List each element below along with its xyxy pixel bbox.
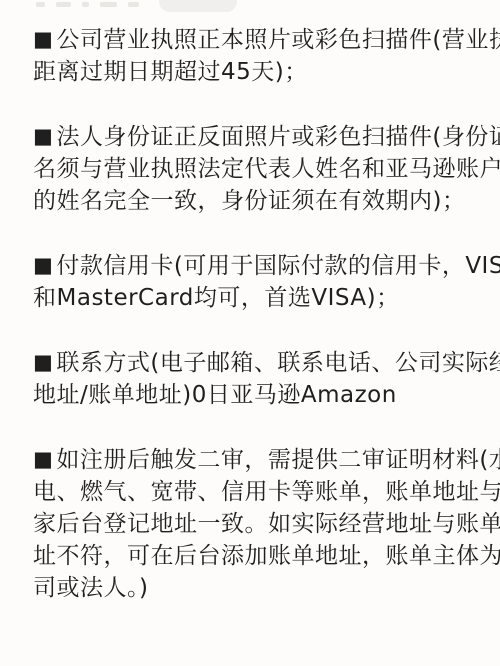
line-text: 的姓名完全一致，身份证须在有效期内)； xyxy=(33,188,465,214)
requirement-item: ■如注册后触发二审，需提供二审证明材料(水、电、燃气、宽带、信用卡等账单，账单地… xyxy=(33,444,478,604)
bullet-square-icon: ■ xyxy=(33,443,53,475)
bullet-square-icon: ■ xyxy=(33,120,53,152)
requirement-item: ■付款信用卡(可用于国际付款的信用卡，VISA和MasterCard均可，首选V… xyxy=(33,250,478,314)
text-line: ■法人身份证正反面照片或彩色扫描件(身份证姓 xyxy=(33,121,478,153)
text-line: 电、燃气、宽带、信用卡等账单，账单地址与卖 xyxy=(33,476,478,508)
text-line: 家后台登记地址一致。如实际经营地址与账单地 xyxy=(33,508,478,540)
text-line: ■如注册后触发二审，需提供二审证明材料(水、 xyxy=(33,444,478,476)
line-text: 司或法人。) xyxy=(33,575,148,601)
line-text: 如注册后触发二审，需提供二审证明材料(水、 xyxy=(56,447,500,473)
text-line: ■付款信用卡(可用于国际付款的信用卡，VISA xyxy=(33,250,478,282)
text-line: 司或法人。) xyxy=(33,572,478,604)
text-line: 址不符，可在后台添加账单地址，账单主体为公 xyxy=(33,540,478,572)
text-line: 地址/账单地址)0日亚马逊Amazon xyxy=(33,379,478,411)
text-line: ■公司营业执照正本照片或彩色扫描件(营业执照 xyxy=(33,24,478,56)
requirement-item: ■公司营业执照正本照片或彩色扫描件(营业执照距离过期日期超过45天)； xyxy=(33,24,478,88)
line-text: 联系方式(电子邮箱、联系电话、公司实际经营 xyxy=(56,350,500,376)
cropped-highlight-pill xyxy=(159,0,237,12)
line-text: 家后台登记地址一致。如实际经营地址与账单地 xyxy=(33,511,500,537)
cropped-previous-row xyxy=(0,0,500,14)
text-line: 距离过期日期超过45天)； xyxy=(33,56,478,88)
line-text: 付款信用卡(可用于国际付款的信用卡，VISA xyxy=(56,253,500,279)
bullet-square-icon: ■ xyxy=(33,346,53,378)
line-text: 电、燃气、宽带、信用卡等账单，账单地址与卖 xyxy=(33,479,500,505)
note-page: ■公司营业执照正本照片或彩色扫描件(营业执照距离过期日期超过45天)；■法人身份… xyxy=(0,0,500,666)
line-text: 距离过期日期超过45天)； xyxy=(33,59,308,85)
bullet-square-icon: ■ xyxy=(33,23,53,55)
bullet-square-icon: ■ xyxy=(33,249,53,281)
line-text: 名须与营业执照法定代表人姓名和亚马逊账户.上 xyxy=(33,156,500,182)
text-line: 的姓名完全一致，身份证须在有效期内)； xyxy=(33,185,478,217)
text-line: 名须与营业执照法定代表人姓名和亚马逊账户.上 xyxy=(33,153,478,185)
text-line: ■联系方式(电子邮箱、联系电话、公司实际经营 xyxy=(33,347,478,379)
line-text: 地址/账单地址)0日亚马逊Amazon xyxy=(33,382,397,408)
requirement-item: ■法人身份证正反面照片或彩色扫描件(身份证姓名须与营业执照法定代表人姓名和亚马逊… xyxy=(33,121,478,217)
requirement-item: ■联系方式(电子邮箱、联系电话、公司实际经营地址/账单地址)0日亚马逊Amazo… xyxy=(33,347,478,411)
cropped-text-fragments xyxy=(36,2,139,7)
line-text: 公司营业执照正本照片或彩色扫描件(营业执照 xyxy=(56,27,500,53)
line-text: 和MasterCard均可，首选VISA)； xyxy=(33,285,400,311)
line-text: 址不符，可在后台添加账单地址，账单主体为公 xyxy=(33,543,500,569)
line-text: 法人身份证正反面照片或彩色扫描件(身份证姓 xyxy=(56,124,500,150)
text-line: 和MasterCard均可，首选VISA)； xyxy=(33,282,478,314)
requirements-list: ■公司营业执照正本照片或彩色扫描件(营业执照距离过期日期超过45天)；■法人身份… xyxy=(33,24,478,637)
